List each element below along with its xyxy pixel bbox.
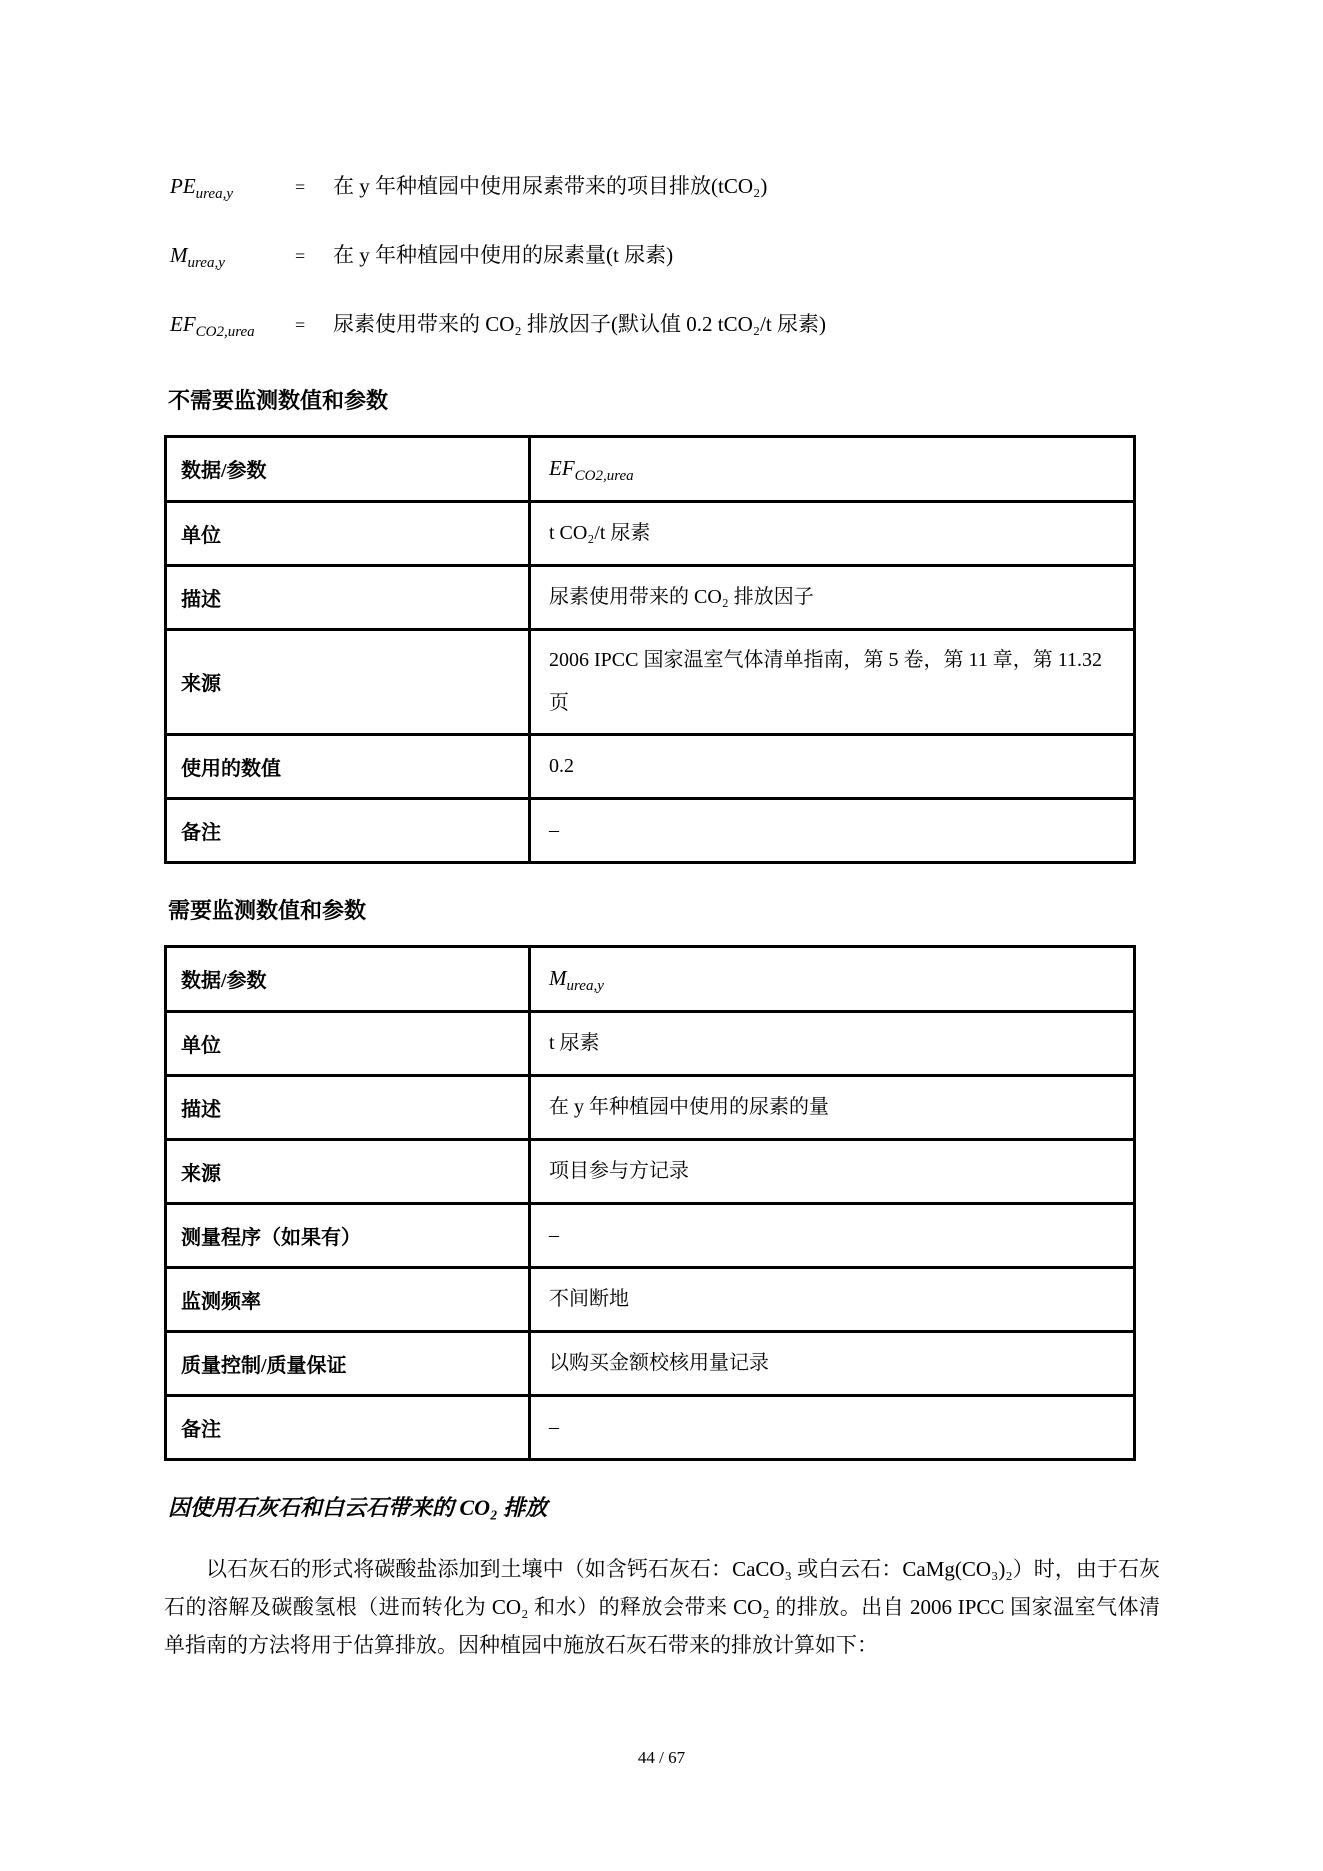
page-number: 44 / 67 xyxy=(0,1748,1323,1768)
row-label-cell: 描述 xyxy=(166,565,530,629)
row-value-cell: – xyxy=(530,1396,1135,1460)
def-symbol-subscript: CO2,urea xyxy=(196,325,255,341)
table-row: 质量控制/质量保证 以购买金额校核用量记录 xyxy=(166,1332,1135,1396)
section-heading-not-monitored: 不需要监测数值和参数 xyxy=(168,384,1166,415)
row-label-cell: 单位 xyxy=(166,501,530,565)
row-value-cell: 在 y 年种植园中使用的尿素的量 xyxy=(530,1076,1135,1140)
row-value-cell: 不间断地 xyxy=(530,1268,1135,1332)
subsection-heading-limestone-co2: 因使用石灰石和白云石带来的 CO₂ 排放 xyxy=(168,1491,1166,1522)
table-row: 备注 – xyxy=(166,1396,1135,1460)
row-label-cell: 数据/参数 xyxy=(166,946,530,1011)
table-row: 单位 t CO₂/t 尿素 xyxy=(166,501,1135,565)
parameter-definitions: PEurea,y = 在 y 年种植园中使用尿素带来的项目排放(tCO₂) Mu… xyxy=(164,170,1166,342)
document-page: PEurea,y = 在 y 年种植园中使用尿素带来的项目排放(tCO₂) Mu… xyxy=(0,0,1323,1871)
equals-sign: = xyxy=(295,177,333,198)
table-row: 来源 2006 IPCC 国家温室气体清单指南，第 5 卷，第 11 章，第 1… xyxy=(166,629,1135,734)
def-symbol-subscript: urea,y xyxy=(196,186,233,202)
table-row: 备注 – xyxy=(166,798,1135,862)
table-row: 数据/参数 Murea,y xyxy=(166,946,1135,1011)
row-label-cell: 监测频率 xyxy=(166,1268,530,1332)
row-label-cell: 测量程序（如果有） xyxy=(166,1204,530,1268)
table-row: 描述 在 y 年种植园中使用的尿素的量 xyxy=(166,1076,1135,1140)
param-name: EF xyxy=(549,456,575,480)
definition-row: PEurea,y = 在 y 年种植园中使用尿素带来的项目排放(tCO₂) xyxy=(170,170,1166,203)
equals-sign: = xyxy=(295,246,333,267)
row-value-cell: EFCO2,urea xyxy=(530,436,1135,501)
row-value-cell: t CO₂/t 尿素 xyxy=(530,501,1135,565)
def-description: 尿素使用带来的 CO₂ 排放因子(默认值 0.2 tCO₂/t 尿素) xyxy=(333,308,1166,338)
param-name-subscript: CO2,urea xyxy=(575,468,634,484)
def-symbol-subscript: urea,y xyxy=(188,255,225,271)
definition-row: Murea,y = 在 y 年种植园中使用的尿素量(t 尿素) xyxy=(170,239,1166,272)
parameter-table-not-monitored: 数据/参数 EFCO2,urea 单位 t CO₂/t 尿素 描述 尿素使用带来… xyxy=(164,435,1136,864)
table-row: 测量程序（如果有） – xyxy=(166,1204,1135,1268)
table-row: 来源 项目参与方记录 xyxy=(166,1140,1135,1204)
param-name: M xyxy=(549,966,567,990)
def-symbol: PEurea,y xyxy=(170,174,295,203)
def-symbol: EFCO2,urea xyxy=(170,312,295,341)
equals-sign: = xyxy=(295,315,333,336)
table-row: 使用的数值 0.2 xyxy=(166,734,1135,798)
table-row: 描述 尿素使用带来的 CO₂ 排放因子 xyxy=(166,565,1135,629)
table-row: 数据/参数 EFCO2,urea xyxy=(166,436,1135,501)
row-value-cell: 以购买金额校核用量记录 xyxy=(530,1332,1135,1396)
row-value-cell: 2006 IPCC 国家温室气体清单指南，第 5 卷，第 11 章，第 11.3… xyxy=(530,629,1135,734)
row-label-cell: 质量控制/质量保证 xyxy=(166,1332,530,1396)
section-heading-monitored: 需要监测数值和参数 xyxy=(168,894,1166,925)
row-label-cell: 数据/参数 xyxy=(166,436,530,501)
def-description: 在 y 年种植园中使用的尿素量(t 尿素) xyxy=(333,239,1166,269)
def-description: 在 y 年种植园中使用尿素带来的项目排放(tCO₂) xyxy=(333,170,1166,200)
row-value-cell: Murea,y xyxy=(530,946,1135,1011)
body-paragraph: 以石灰石的形式将碳酸盐添加到土壤中（如含钙石灰石：CaCO₃ 或白云石：CaMg… xyxy=(164,1550,1160,1664)
parameter-table-monitored: 数据/参数 Murea,y 单位 t 尿素 描述 在 y 年种植园中使用的尿素的… xyxy=(164,945,1136,1461)
row-value-cell: 0.2 xyxy=(530,734,1135,798)
row-value-cell: 尿素使用带来的 CO₂ 排放因子 xyxy=(530,565,1135,629)
row-label-cell: 单位 xyxy=(166,1012,530,1076)
row-label-cell: 备注 xyxy=(166,798,530,862)
def-symbol: Murea,y xyxy=(170,243,295,272)
definition-row: EFCO2,urea = 尿素使用带来的 CO₂ 排放因子(默认值 0.2 tC… xyxy=(170,308,1166,341)
row-label-cell: 使用的数值 xyxy=(166,734,530,798)
row-value-cell: 项目参与方记录 xyxy=(530,1140,1135,1204)
param-name-subscript: urea,y xyxy=(567,978,604,994)
row-value-cell: – xyxy=(530,798,1135,862)
row-label-cell: 备注 xyxy=(166,1396,530,1460)
table-row: 监测频率 不间断地 xyxy=(166,1268,1135,1332)
row-label-cell: 来源 xyxy=(166,629,530,734)
row-label-cell: 来源 xyxy=(166,1140,530,1204)
row-value-cell: – xyxy=(530,1204,1135,1268)
table-row: 单位 t 尿素 xyxy=(166,1012,1135,1076)
row-value-cell: t 尿素 xyxy=(530,1012,1135,1076)
row-label-cell: 描述 xyxy=(166,1076,530,1140)
